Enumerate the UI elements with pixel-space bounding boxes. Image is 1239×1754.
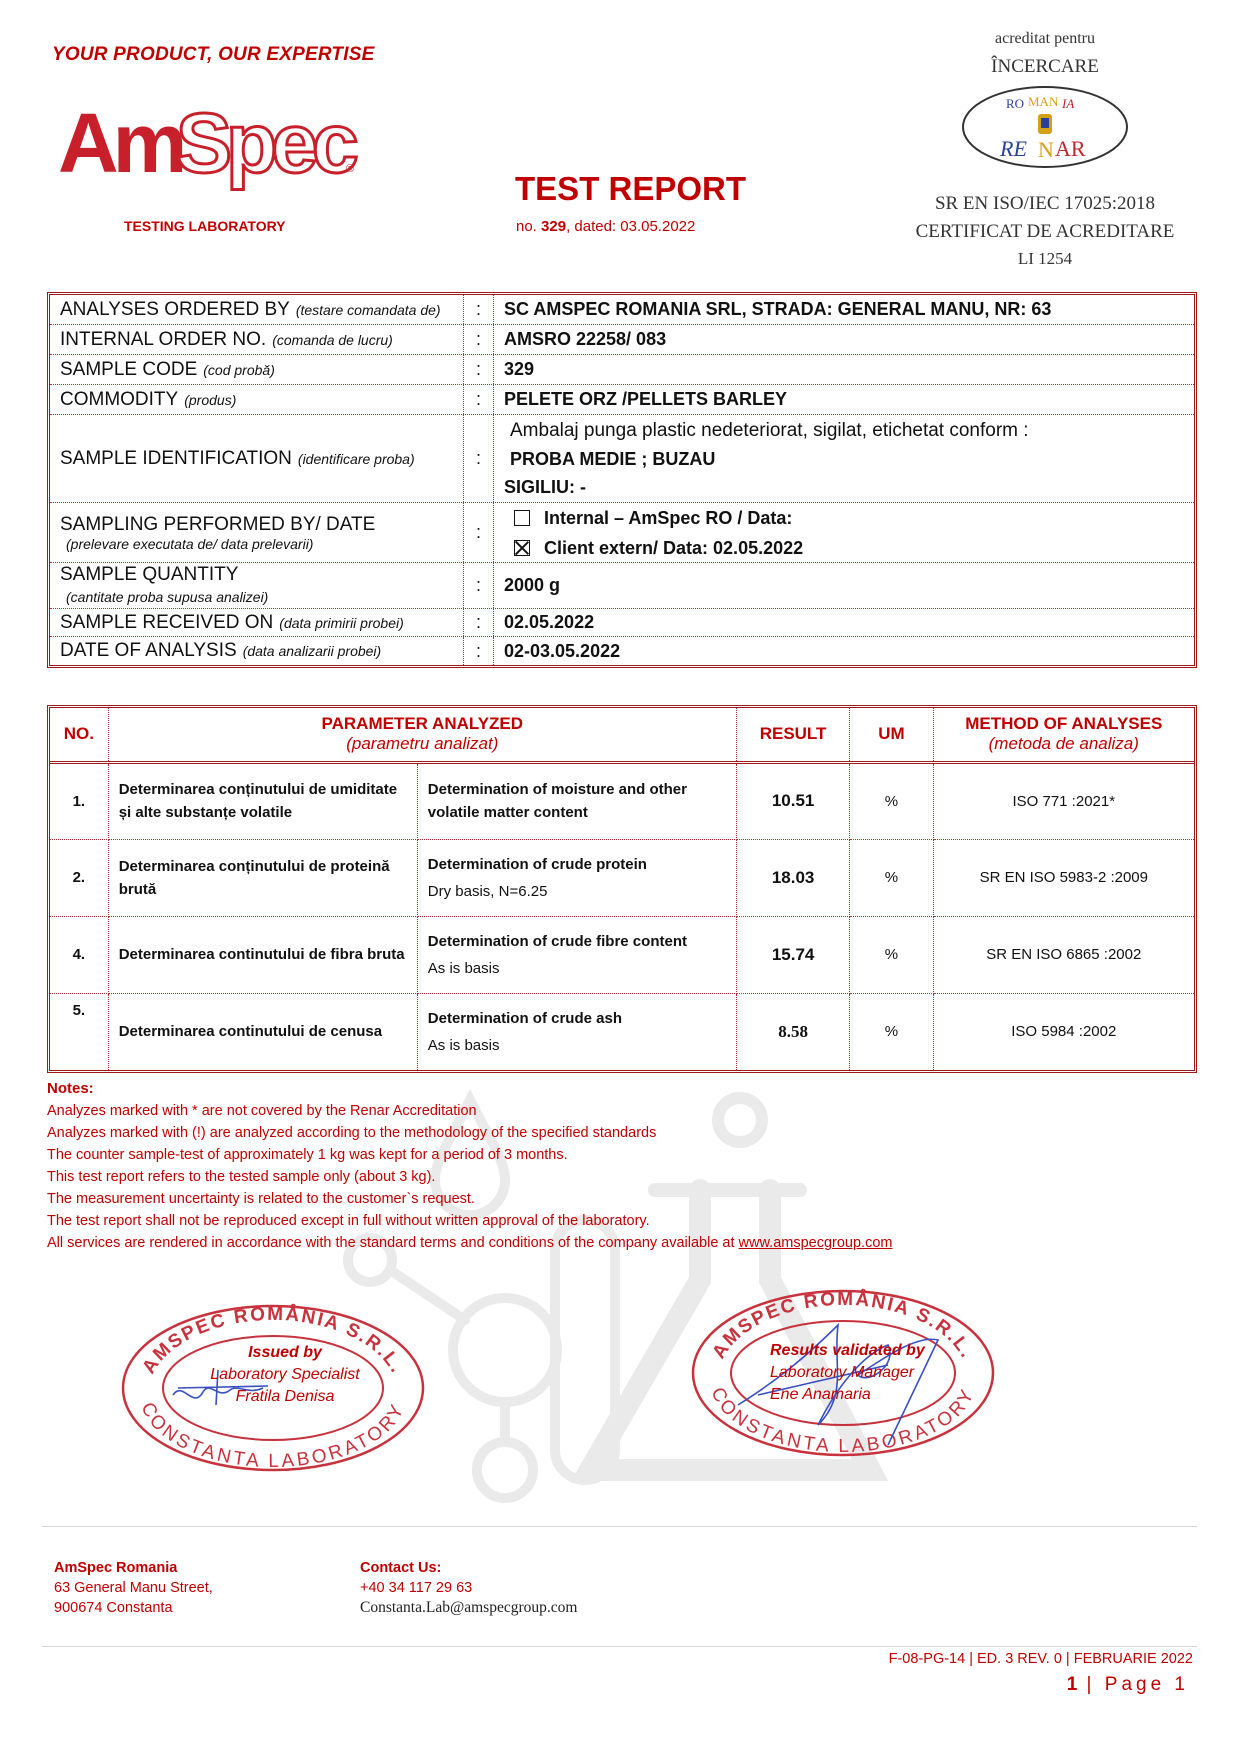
ordered-by-value: SC AMSPEC ROMANIA SRL, STRADA: GENERAL M… — [494, 295, 1194, 324]
svg-text:Am: Am — [58, 96, 183, 190]
signatory-name: Fratila Denisa — [170, 1386, 400, 1408]
footer-address: AmSpec Romania 63 General Manu Street, 9… — [54, 1558, 213, 1618]
footer-divider-bottom — [42, 1646, 1197, 1647]
info-row-sample-identification: SAMPLE IDENTIFICATION(identificare proba… — [50, 415, 1194, 503]
report-number: 329 — [541, 218, 566, 235]
table-row: 1. Determinarea conținutului de umiditat… — [50, 762, 1194, 839]
col-result: RESULT — [736, 708, 849, 762]
svg-text:Spec: Spec — [176, 96, 357, 190]
note-item: Analyzes marked with (!) are analyzed ac… — [47, 1122, 892, 1144]
info-row-sample-quantity: SAMPLE QUANTITY(cantitate proba supusa a… — [50, 563, 1194, 609]
signatory-name: Ene Anamaria — [770, 1384, 1000, 1406]
col-parameter: PARAMETER ANALYZED(parametru analizat) — [108, 708, 736, 762]
form-code: F-08-PG-14 | ED. 3 REV. 0 | FEBRUARIE 20… — [889, 1651, 1193, 1667]
note-item: The measurement uncertainty is related t… — [47, 1188, 892, 1210]
amspec-website-link[interactable]: www.amspecgroup.com — [739, 1235, 893, 1251]
footer-contact: Contact Us: +40 34 117 29 63 Constanta.L… — [360, 1558, 577, 1618]
page-number: 1 | Page 1 — [1067, 1674, 1189, 1696]
note-item: All services are rendered in accordance … — [47, 1232, 892, 1254]
col-method: METHOD OF ANALYSES(metoda de analiza) — [933, 708, 1194, 762]
checkbox-checked-icon[interactable] — [514, 540, 530, 556]
note-item: The test report shall not be reproduced … — [47, 1210, 892, 1232]
result-value: 10.51 — [736, 762, 849, 839]
results-table: NO. PARAMETER ANALYZED(parametru analiza… — [47, 705, 1197, 1073]
accreditation-block: acreditat pentru ÎNCERCARE RO MAN IA RE … — [880, 30, 1210, 269]
info-row-sample-received: SAMPLE RECEIVED ON(data primirii probei)… — [50, 609, 1194, 637]
info-row-sample-code: SAMPLE CODE(cod probă) : 329 — [50, 355, 1194, 385]
svg-text:RO: RO — [1006, 96, 1024, 111]
table-row: 4. Determinarea continutului de fibra br… — [50, 916, 1194, 993]
note-item: Analyzes marked with * are not covered b… — [47, 1100, 892, 1122]
validated-by-block: Results validated by Laboratory Manager … — [770, 1340, 1000, 1406]
sample-code-value: 329 — [494, 355, 1194, 384]
info-row-date-of-analysis: DATE OF ANALYSIS(data analizarii probei)… — [50, 637, 1194, 665]
info-row-ordered-by: ANALYSES ORDERED BY(testare comandata de… — [50, 295, 1194, 325]
date-of-analysis-value: 02-03.05.2022 — [494, 637, 1194, 665]
notes-section: Notes: Analyzes marked with * are not co… — [47, 1078, 892, 1254]
info-row-internal-order: INTERNAL ORDER NO.(comanda de lucru) : A… — [50, 325, 1194, 355]
report-title: TEST REPORT — [515, 170, 746, 208]
svg-text:®: ® — [346, 163, 354, 175]
result-value: 18.03 — [736, 839, 849, 916]
results-header-row: NO. PARAMETER ANALYZED(parametru analiza… — [50, 708, 1194, 762]
testing-laboratory-label: TESTING LABORATORY — [124, 218, 286, 234]
svg-text:MAN: MAN — [1028, 94, 1059, 109]
note-item: The counter sample-test of approximately… — [47, 1144, 892, 1166]
table-row: 5. Determinarea continutului de cenusa D… — [50, 993, 1194, 1070]
svg-text:N: N — [1038, 137, 1054, 162]
svg-text:RE: RE — [999, 136, 1027, 161]
sampling-option-client-extern[interactable]: Client extern/ Data: 02.05.2022 — [504, 533, 1184, 563]
svg-text:CONSTANTA LABORATORY: CONSTANTA LABORATORY — [136, 1399, 409, 1472]
email-address[interactable]: Constanta.Lab@amspecgroup.com — [360, 1598, 577, 1618]
report-number-date: no. 329, dated: 03.05.2022 — [516, 218, 695, 235]
col-no: NO. — [50, 708, 108, 762]
checkbox-unchecked-icon[interactable] — [514, 510, 530, 526]
amspec-logo: Am Spec ® — [58, 92, 358, 202]
tagline: YOUR PRODUCT, OUR EXPERTISE — [52, 44, 374, 66]
sample-received-value: 02.05.2022 — [494, 609, 1194, 636]
commodity-value: PELETE ORZ /PELLETS BARLEY — [494, 385, 1194, 414]
sampling-option-internal[interactable]: Internal – AmSpec RO / Data: — [504, 503, 1184, 533]
footer-divider — [42, 1526, 1197, 1527]
note-item: This test report refers to the tested sa… — [47, 1166, 892, 1188]
sample-info-table: ANALYSES ORDERED BY(testare comandata de… — [47, 292, 1197, 668]
sample-identification-value: Ambalaj punga plastic nedeteriorat, sigi… — [494, 415, 1194, 502]
svg-text:IA: IA — [1061, 96, 1074, 111]
result-value: 8.58 — [736, 993, 849, 1070]
phone-number: +40 34 117 29 63 — [360, 1578, 577, 1598]
info-row-commodity: COMMODITY(produs) : PELETE ORZ /PELLETS … — [50, 385, 1194, 415]
issued-by-block: Issued by Laboratory Specialist Fratila … — [170, 1342, 400, 1408]
result-value: 15.74 — [736, 916, 849, 993]
col-um: UM — [850, 708, 933, 762]
table-row: 2. Determinarea conținutului de proteină… — [50, 839, 1194, 916]
svg-text:AR: AR — [1055, 136, 1086, 161]
internal-order-value: AMSRO 22258/ 083 — [494, 325, 1194, 354]
renar-logo: RO MAN IA RE N AR — [960, 84, 1130, 170]
sample-quantity-value: 2000 g — [494, 563, 1194, 608]
info-row-sampling-performed: SAMPLING PERFORMED BY/ DATE(prelevare ex… — [50, 503, 1194, 563]
